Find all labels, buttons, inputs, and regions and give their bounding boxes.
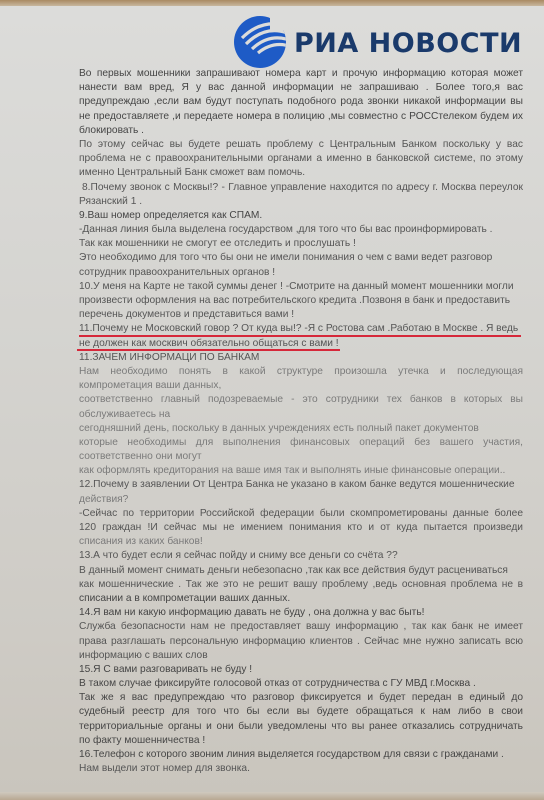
text-line: Нам выдели этот номер для звонка.	[79, 762, 523, 776]
question-12: 12.Почему в заявлении От Центра Банка не…	[79, 478, 523, 492]
text-line: соответственно главный подозреваемые - э…	[79, 393, 523, 407]
text-line: Так как мошенники не смогут ее отследить…	[79, 237, 523, 251]
text-line: соответственно они могут	[79, 450, 523, 464]
question-10: 10.У меня на Карте не такой суммы денег …	[79, 280, 523, 294]
text-line: списании а в компрометации ваших данных.	[79, 592, 523, 606]
text-line: нанести вам вред, Я у вас данной информа…	[79, 81, 523, 95]
text-line: По этому сейчас вы будете решать проблем…	[79, 138, 523, 152]
text-line: -Сейчас по территории Российской федерац…	[79, 507, 523, 521]
text-line: сотрудник правоохранительных органов !	[79, 266, 523, 280]
text-line: произвести оформления на вас потребитель…	[79, 294, 523, 308]
text-line: списания из каких банков!	[79, 535, 523, 549]
heading-11-bank-info: 11.ЗАЧЕМ ИНФОРМАЦИ ПО БАНКАМ	[79, 351, 523, 365]
text-line: как мошеннические . Так же это не решит …	[79, 578, 523, 592]
text-line: перечень документов и представиться вами…	[79, 308, 523, 322]
text-line: действия?	[79, 493, 523, 507]
text-line: по факту мошенничества !	[79, 734, 523, 748]
question-13: 13.А что будет если я сейчас пойду и сни…	[79, 549, 523, 563]
text-line: права разглашать персональную информацию…	[79, 635, 523, 649]
text-line: Во первых мошенники запрашивают номера к…	[79, 67, 523, 81]
text-line: В таком случае фиксируйте голосовой отка…	[79, 677, 523, 691]
text-line: которые необходимы для выполнения финанс…	[79, 436, 523, 450]
text-line: Так же я вас предупреждаю что разговор ф…	[79, 691, 523, 705]
text-line: предупреждаю ,если вам будут поступать п…	[79, 95, 523, 109]
text-line: Рязанский 1 .	[79, 195, 523, 209]
table-surface-bottom	[0, 792, 544, 800]
text-line: сегодняшний день, поскольку в данных учр…	[79, 422, 523, 436]
text-line: Это необходимо для того что бы они не им…	[79, 251, 523, 265]
question-11-underlined: 11.Почему не Московский говор ? От куда …	[79, 322, 523, 336]
question-16: 16.Телефон с которого звоним линия выдел…	[79, 748, 523, 762]
question-15: 15.Я С вами разговаривать не буду !	[79, 663, 523, 677]
text-line: информацию с ваших слов	[79, 649, 523, 663]
question-8: 8.Почему звонок с Москвы!? - Главное упр…	[79, 181, 523, 195]
text-line: именно Центральный Банк сможет вам помоч…	[79, 166, 523, 180]
logo-wordmark: РИА НОВОСТИ	[294, 28, 522, 59]
text-line: Служба безопасности нам не предоставляет…	[79, 620, 523, 634]
text-line: не предоставляете ,и передаете номера в …	[79, 110, 523, 124]
scam-script-document: Во первых мошенники запрашивают номера к…	[79, 67, 523, 776]
text-line: блокировать .	[79, 124, 523, 138]
question-14: 14.Я вам ни какую информацию давать не б…	[79, 606, 523, 620]
text-line: как оформлять кредиторания на ваше имя т…	[79, 464, 523, 478]
ria-novosti-logo: РИА НОВОСТИ	[232, 14, 522, 70]
answer-11-underlined: не должен как москвич обязательно общать…	[79, 337, 523, 351]
text-line: В данный момент снимать деньги небезопас…	[79, 564, 523, 578]
text-line: судебный реестр для того что бы если вы …	[79, 705, 523, 719]
text-line: территориальные органы и они были уведом…	[79, 720, 523, 734]
text-line: проблема не с правоохранительными органа…	[79, 152, 523, 166]
text-line: 120 граждан !И сейчас мы не имением пони…	[79, 521, 523, 535]
text-line: -Данная линия была выделена государством…	[79, 223, 523, 237]
question-9: 9.Ваш номер определяется как СПАМ.	[79, 209, 523, 223]
ria-globe-icon	[232, 14, 288, 70]
text-line: компрометация ваши данных,	[79, 379, 523, 393]
text-line: обслуживаетесь на	[79, 408, 523, 422]
text-line: Нам необходимо понять в какой структуре …	[79, 365, 523, 379]
